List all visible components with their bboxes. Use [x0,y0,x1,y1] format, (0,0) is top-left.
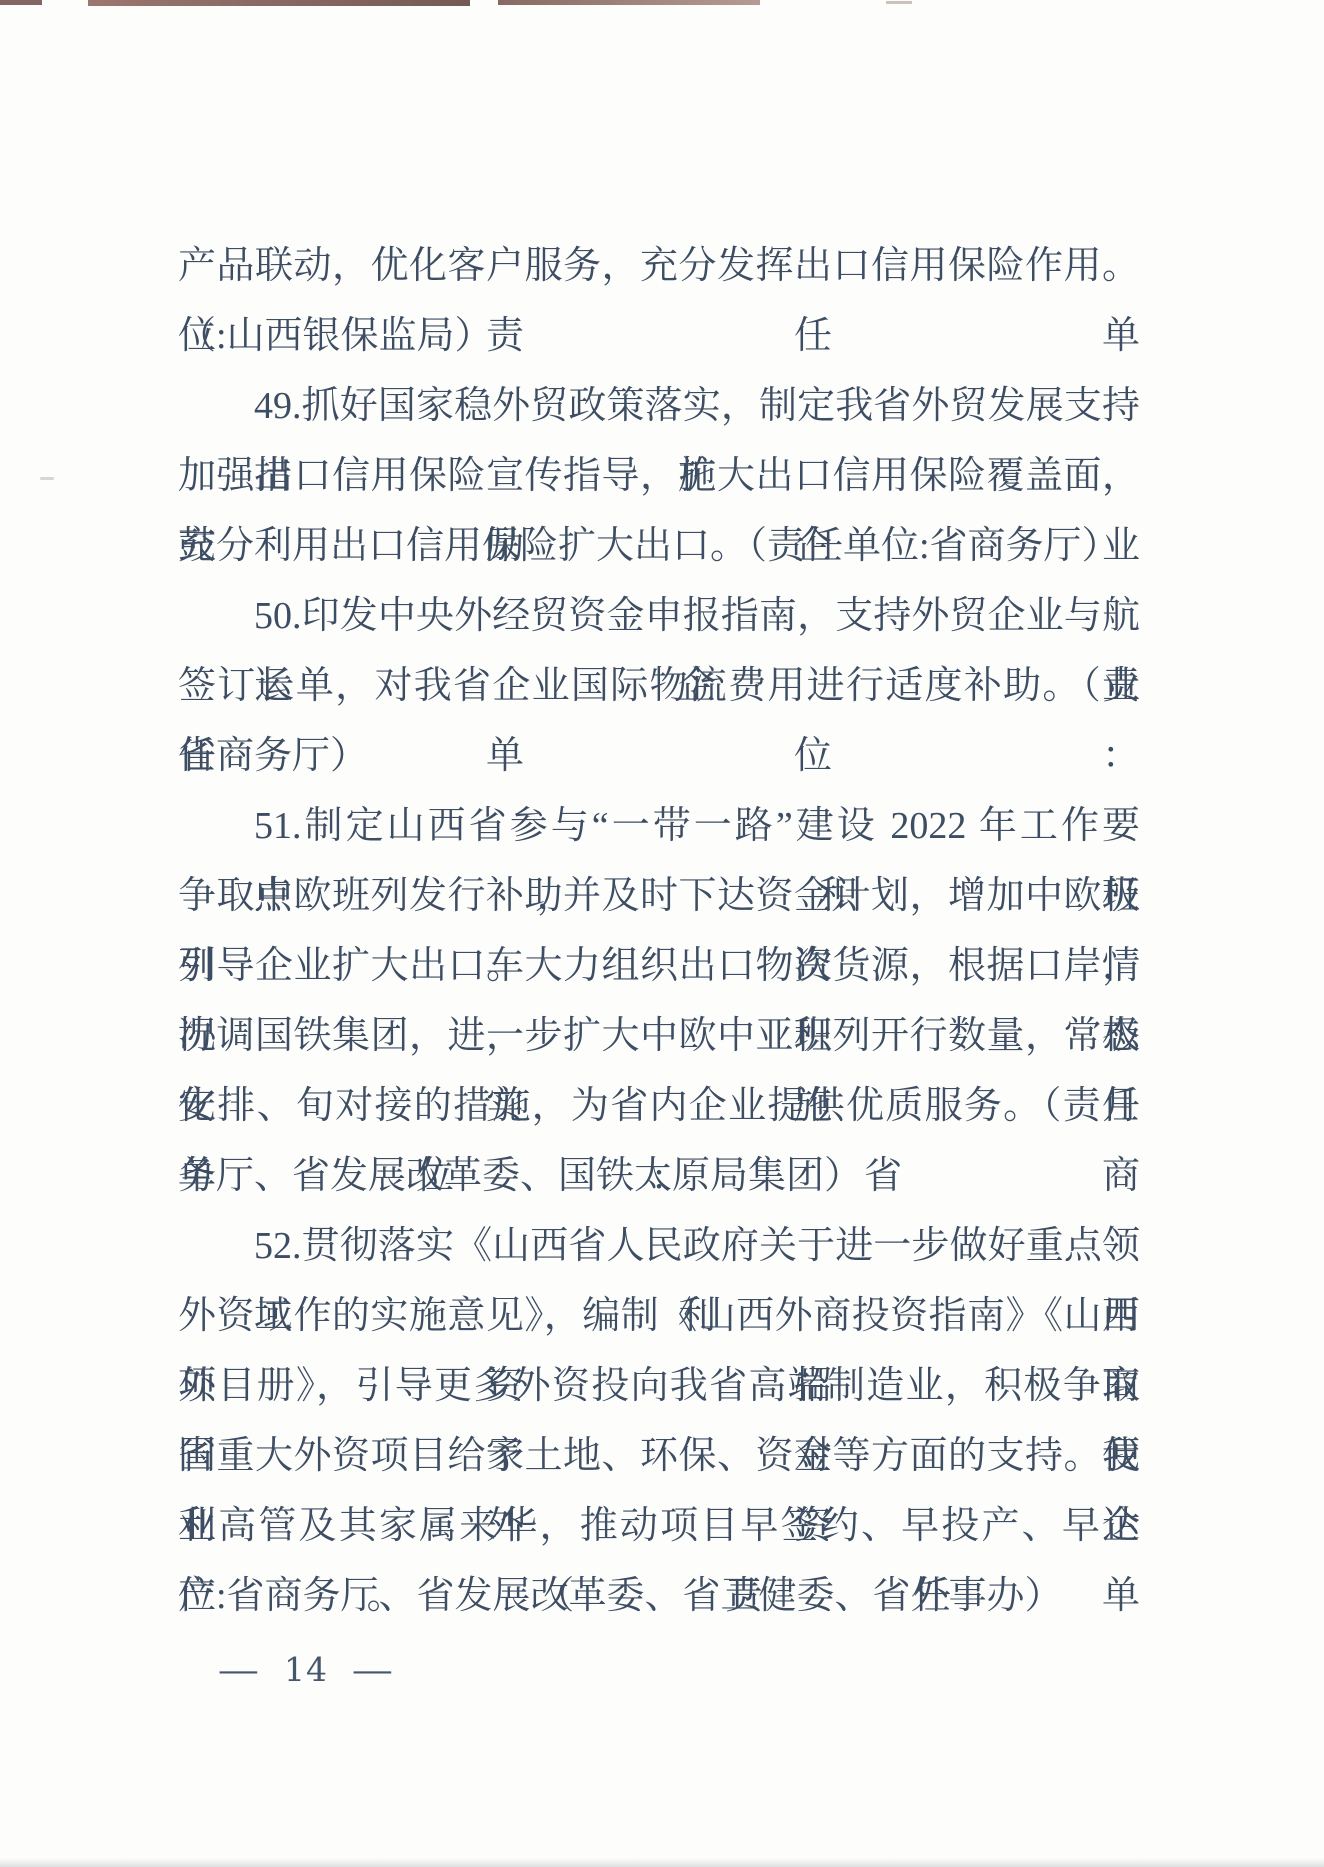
page-footer: —14— [222,1650,390,1689]
document-text-block: 产品联动，优化客户服务，充分发挥出口信用保险作用。（责任单 位:山西银保监局） … [178,231,1140,1631]
footer-dash-left: — [218,1650,261,1689]
doc-line: 安排、旬对接的措施，为省内企业提供优质服务。（责任单位:省商 [178,1071,1140,1141]
doc-line: 外资工作的实施意见》，编制《山西外商投资指南》《山西外资招商 [178,1281,1140,1351]
doc-line: 位:省商务厅、省发展改革委、省卫健委、省外事办） [178,1561,1140,1631]
doc-line: 协调国铁集团，进一步扩大中欧中亚班列开行数量，常态化实施月 [178,1001,1140,1071]
doc-line: 51.制定山西省参与“一带一路”建设 2022 年工作要点，积极 [178,791,1140,861]
scan-artifact-bottom-edge [0,1858,1324,1867]
doc-line: 52.贯彻落实《山西省人民政府关于进一步做好重点领域利用 [178,1211,1140,1281]
doc-line: 加强出口信用保险宣传指导，扩大出口信用保险覆盖面，鼓励企业 [178,441,1140,511]
doc-line: 49.抓好国家稳外贸政策落实，制定我省外贸发展支持措施， [178,371,1140,441]
doc-line: 产品联动，优化客户服务，充分发挥出口信用保险作用。（责任单 [178,231,1140,301]
document-page: 产品联动，优化客户服务，充分发挥出口信用保险作用。（责任单 位:山西银保监局） … [0,0,1324,1867]
doc-line: 项目册》，引导更多外资投向我省高端制造业，积极争取国家对我 [178,1351,1140,1421]
scan-artifact-top-edge [0,0,920,8]
scan-artifact-speck [40,477,54,480]
doc-line: 签订长单，对我省企业国际物流费用进行适度补助。（责任单位： [178,651,1140,721]
footer-dash-right: — [352,1650,395,1689]
doc-line: 充分利用出口信用保险扩大出口。（责任单位:省商务厅） [178,511,1140,581]
page-number: 14 [284,1650,328,1689]
doc-line: 引导企业扩大出口。大力组织出口物资货源，根据口岸情况，积极 [178,931,1140,1001]
doc-line: 省重大外资项目给予土地、环保、资金等方面的支持。便利外资企 [178,1421,1140,1491]
doc-line: 50.印发中央外经贸资金申报指南，支持外贸企业与航运企业 [178,581,1140,651]
doc-line: 业高管及其家属来华，推动项目早签约、早投产、早达产。（责任单 [178,1491,1140,1561]
doc-line: 争取中欧班列发行补助并及时下达资金计划，增加中欧班列车次， [178,861,1140,931]
